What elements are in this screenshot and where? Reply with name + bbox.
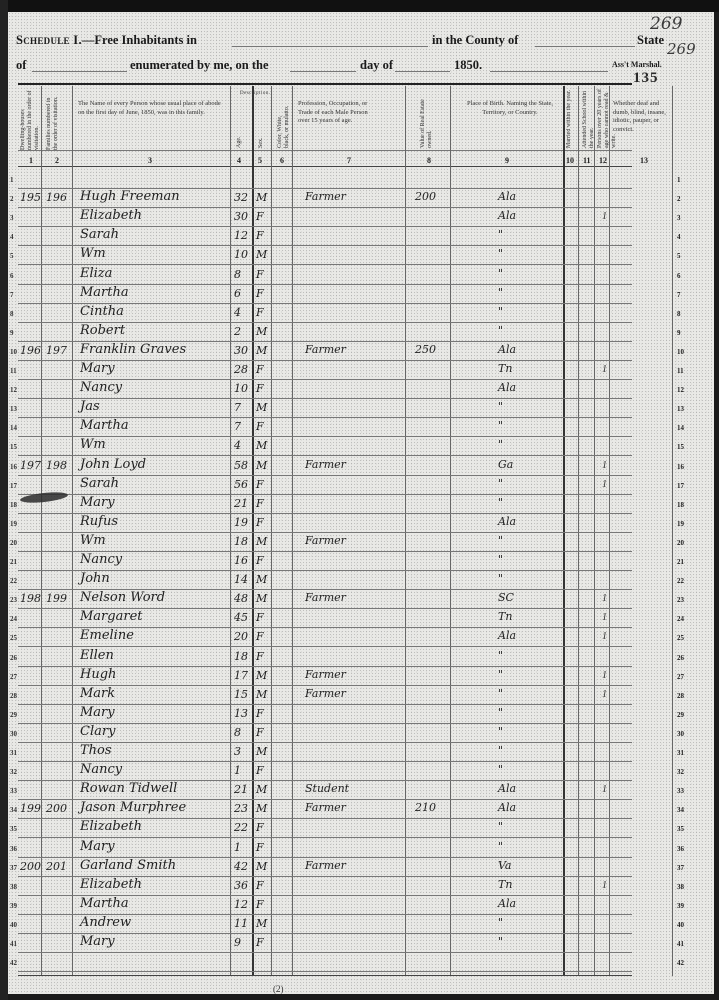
col-10-header: Married within the year. [566,88,573,148]
line-number-right: 23 [677,596,684,604]
age-value: 48 [234,592,248,605]
sex-value: F [256,268,264,281]
occupation-value: Farmer [305,534,346,547]
dwelling-number: 200 [20,860,41,873]
col-num-13: 13 [640,156,648,165]
grid-line [672,86,673,976]
sex-value: F [256,821,264,834]
year-label: 1850. [454,58,482,73]
bottom-rule [18,975,632,976]
day-of-label: day of [360,58,393,73]
person-name: Wm [80,533,106,548]
age-value: 2 [234,325,241,338]
birthplace-value: " [498,840,503,853]
cannot-read-write-tick: 1 [602,612,607,623]
sex-value: M [256,860,267,873]
row-rule [18,971,632,972]
dwelling-number: 198 [20,592,41,605]
row-rule [18,436,632,437]
person-name: Wm [80,246,106,261]
line-number-left: 16 [10,463,17,471]
person-name: Rowan Tidwell [80,781,177,796]
age-value: 21 [234,497,248,510]
marshal-label: Ass't Marshal. [612,60,662,69]
person-name: Nancy [80,380,122,395]
real-estate-value: 210 [415,801,436,814]
printed-page-number: 135 [633,70,659,87]
age-value: 11 [234,917,248,930]
age-value: 4 [234,439,241,452]
day-blank [290,71,356,72]
person-name: Mary [80,705,115,720]
line-number-left: 23 [10,596,17,604]
birthplace-value: " [498,744,503,757]
of-label: of [16,58,26,73]
line-number-right: 29 [677,711,684,719]
line-number-right: 20 [677,539,684,547]
sex-value: F [256,478,264,491]
birthplace-value: " [498,553,503,566]
person-name: Emeline [80,628,134,643]
person-name: Elizabeth [80,819,142,834]
age-value: 45 [234,611,248,624]
line-number-right: 9 [677,329,681,337]
birthplace-value: SC [498,591,514,604]
real-estate-value: 200 [415,190,436,203]
county-blank [535,46,635,47]
line-number-left: 34 [10,806,17,814]
birthplace-value: " [498,247,503,260]
line-number-right: 3 [677,214,681,222]
colnum-rule-bottom [18,166,632,167]
col-2-header: Families numbered in the order of visita… [46,90,60,150]
col-6-header: Color, White, black, or mulatto. [277,100,291,148]
birthplace-value: " [498,286,503,299]
col-num-9: 9 [505,156,509,165]
col-3-header: The Name of every Person whose usual pla… [78,100,228,117]
scan-left-border [0,0,8,1000]
sex-value: M [256,248,267,261]
cannot-read-write-tick: 1 [602,689,607,700]
row-rule [18,570,632,571]
sex-value: F [256,630,264,643]
person-name: Mary [80,495,115,510]
person-name: Nelson Word [80,590,165,605]
sex-value: M [256,401,267,414]
birthplace-value: Ala [498,801,516,814]
row-rule [18,245,632,246]
birthplace-value: " [498,687,503,700]
age-value: 32 [234,191,248,204]
line-number-right: 39 [677,902,684,910]
occupation-value: Farmer [305,668,346,681]
age-value: 19 [234,516,248,529]
line-number-left: 32 [10,768,17,776]
age-value: 22 [234,821,248,834]
line-number-left: 42 [10,959,17,967]
occupation-value: Farmer [305,801,346,814]
age-value: 58 [234,459,248,472]
line-number-right: 7 [677,291,681,299]
line-number-left: 3 [10,214,14,222]
age-value: 7 [234,420,241,433]
sex-value: F [256,306,264,319]
age-value: 36 [234,879,248,892]
line-number-left: 8 [10,310,14,318]
line-number-right: 12 [677,386,684,394]
line-number-right: 38 [677,883,684,891]
line-number-right: 37 [677,864,684,872]
line-number-right: 2 [677,195,681,203]
line-number-left: 26 [10,654,17,662]
family-number: 199 [46,592,67,605]
scan-top-border [0,0,719,12]
col-7-header: Profession, Occupation, or Trade of each… [298,100,378,126]
handwritten-page-number: 269 [650,14,682,34]
person-name: Nancy [80,552,122,567]
line-number-right: 31 [677,749,684,757]
sex-value: F [256,229,264,242]
line-number-left: 38 [10,883,17,891]
birthplace-value: Ala [498,190,516,203]
line-number-left: 13 [10,405,17,413]
line-number-right: 25 [677,634,684,642]
sex-value: M [256,191,267,204]
cannot-read-write-tick: 1 [602,784,607,795]
col-9-header: Place of Birth. Naming the State, Territ… [460,100,560,117]
col-num-11: 11 [583,156,591,165]
age-value: 14 [234,573,248,586]
age-value: 18 [234,650,248,663]
line-number-right: 41 [677,940,684,948]
line-number-right: 36 [677,845,684,853]
family-number: 200 [46,802,67,815]
line-number-right: 32 [677,768,684,776]
line-number-left: 24 [10,615,17,623]
age-value: 17 [234,669,248,682]
row-rule [18,532,632,533]
person-name: Ellen [80,648,114,663]
sex-value: F [256,420,264,433]
person-name: Mary [80,839,115,854]
state-label: State [637,33,664,48]
person-name: Jas [80,399,100,414]
colnum-rule-top [18,150,632,151]
person-name: Mark [80,686,115,701]
marshal-blank [490,71,608,72]
sex-value: M [256,459,267,472]
row-rule [18,952,632,953]
line-number-right: 21 [677,558,684,566]
line-number-right: 28 [677,692,684,700]
county-label: in the County of [432,33,518,48]
sex-value: M [256,802,267,815]
line-number-right: 19 [677,520,684,528]
sex-value: M [256,917,267,930]
line-number-left: 12 [10,386,17,394]
birthplace-value: " [498,668,503,681]
sex-value: M [256,592,267,605]
person-name: Sarah [80,227,119,242]
birthplace-value: " [498,496,503,509]
family-number: 196 [46,191,67,204]
age-value: 10 [234,382,248,395]
birthplace-value: " [498,477,503,490]
cannot-read-write-tick: 1 [602,631,607,642]
person-name: Robert [80,323,125,338]
line-number-left: 37 [10,864,17,872]
line-number-right: 8 [677,310,681,318]
age-value: 9 [234,936,241,949]
birthplace-value: " [498,228,503,241]
person-name: Eliza [80,266,112,281]
line-number-right: 14 [677,424,684,432]
sex-value: F [256,726,264,739]
age-value: 23 [234,802,248,815]
schedule-label: Schedule I. [16,33,82,47]
birthplace-value: Ala [498,515,516,528]
line-number-left: 6 [10,272,14,280]
age-value: 28 [234,363,248,376]
enumerated-label: enumerated by me, on the [130,58,269,73]
line-number-left: 17 [10,482,17,490]
cannot-read-write-tick: 1 [602,211,607,222]
month-blank [395,71,450,72]
age-value: 56 [234,478,248,491]
dwelling-number: 195 [20,191,41,204]
birthplace-value: " [498,935,503,948]
line-number-left: 10 [10,348,17,356]
line-number-left: 28 [10,692,17,700]
sex-value: F [256,898,264,911]
age-value: 7 [234,401,241,414]
line-number-left: 39 [10,902,17,910]
line-number-right: 34 [677,806,684,814]
person-name: Andrew [80,915,131,930]
age-value: 10 [234,248,248,261]
occupation-value: Farmer [305,591,346,604]
age-value: 12 [234,898,248,911]
line-number-right: 11 [677,367,684,375]
sex-value: F [256,611,264,624]
cannot-read-write-tick: 1 [602,593,607,604]
sex-value: F [256,936,264,949]
col-num-12: 12 [599,156,607,165]
age-value: 1 [234,841,241,854]
col-1-header: Dwelling-houses numbered in the order of… [20,90,41,150]
occupation-value: Farmer [305,458,346,471]
line-number-right: 18 [677,501,684,509]
sex-value: M [256,573,267,586]
age-value: 3 [234,745,241,758]
cannot-read-write-tick: 1 [602,670,607,681]
birthplace-value: " [498,305,503,318]
sex-value: M [256,669,267,682]
col-num-1: 1 [29,156,33,165]
person-name: Hugh Freeman [80,189,180,204]
person-name: Elizabeth [80,208,142,223]
line-number-left: 33 [10,787,17,795]
sex-value: F [256,382,264,395]
of-blank [32,71,127,72]
real-estate-value: 250 [415,343,436,356]
age-value: 15 [234,688,248,701]
person-name: Mary [80,934,115,949]
age-value: 16 [234,554,248,567]
person-name: Martha [80,896,129,911]
person-name: Mary [80,361,115,376]
sex-value: M [256,439,267,452]
occupation-value: Farmer [305,687,346,700]
dwelling-number: 196 [20,344,41,357]
line-number-left: 4 [10,233,14,241]
person-name: Franklin Graves [80,342,186,357]
birthplace-value: Va [498,859,512,872]
col-num-7: 7 [347,156,351,165]
sex-value: F [256,841,264,854]
person-name: Rufus [80,514,118,529]
birthplace-value: Ala [498,343,516,356]
person-name: Elizabeth [80,877,142,892]
sex-value: F [256,516,264,529]
line-number-right: 33 [677,787,684,795]
row-rule [18,398,632,399]
birthplace-value: " [498,267,503,280]
person-name: Sarah [80,476,119,491]
cannot-read-write-tick: 1 [602,364,607,375]
age-value: 20 [234,630,248,643]
line-number-right: 16 [677,463,684,471]
person-name: Martha [80,418,129,433]
occupation-value: Student [305,782,349,795]
place-blank [232,46,428,47]
age-value: 12 [234,229,248,242]
person-name: Wm [80,437,106,452]
line-number-left: 35 [10,825,17,833]
col-13-header: Whether deaf and dumb, blind, insane, id… [613,100,671,134]
cannot-read-write-tick: 1 [602,479,607,490]
sex-value: F [256,497,264,510]
line-number-right: 5 [677,252,681,260]
person-name: Jason Murphree [80,800,186,815]
occupation-value: Farmer [305,343,346,356]
age-value: 21 [234,783,248,796]
line-number-left: 9 [10,329,14,337]
col-4-header: Age. [236,120,243,148]
dwelling-number: 197 [20,459,41,472]
line-number-left: 41 [10,940,17,948]
line-number-left: 7 [10,291,14,299]
person-name: Thos [80,743,112,758]
sex-value: F [256,554,264,567]
line-number-right: 15 [677,443,684,451]
col-num-2: 2 [55,156,59,165]
birthplace-value: Ga [498,458,513,471]
family-number: 198 [46,459,67,472]
person-name: John [80,571,110,586]
birthplace-value: " [498,820,503,833]
person-name: Margaret [80,609,142,624]
birthplace-value: " [498,400,503,413]
sex-value: M [256,535,267,548]
age-value: 30 [234,344,248,357]
sex-value: F [256,210,264,223]
line-number-left: 11 [10,367,17,375]
handwritten-page-number-2: 269 [667,40,696,58]
line-number-right: 22 [677,577,684,585]
col-num-5: 5 [258,156,262,165]
sex-value: M [256,344,267,357]
age-value: 42 [234,860,248,873]
col-8-header: Value of Real Estate owned. [420,90,434,148]
line-number-right: 4 [677,233,681,241]
birthplace-value: " [498,572,503,585]
sex-value: F [256,650,264,663]
birthplace-value: " [498,324,503,337]
line-number-right: 24 [677,615,684,623]
line-number-left: 40 [10,921,17,929]
person-name: Clary [80,724,115,739]
line-number-left: 19 [10,520,17,528]
schedule-subtitle: —Free Inhabitants in [82,33,197,47]
line-number-left: 1 [10,176,14,184]
line-number-right: 42 [677,959,684,967]
age-value: 4 [234,306,241,319]
line-number-left: 21 [10,558,17,566]
birthplace-value: Tn [498,610,512,623]
occupation-value: Farmer [305,190,346,203]
sex-value: F [256,707,264,720]
birthplace-value: " [498,419,503,432]
birthplace-value: " [498,916,503,929]
description-header: Description. [240,90,271,99]
cannot-read-write-tick: 1 [602,460,607,471]
line-number-right: 1 [677,176,681,184]
line-number-right: 17 [677,482,684,490]
line-number-right: 26 [677,654,684,662]
line-number-left: 2 [10,195,14,203]
sex-value: F [256,879,264,892]
family-number: 201 [46,860,67,873]
age-value: 8 [234,268,241,281]
col-num-6: 6 [280,156,284,165]
age-value: 13 [234,707,248,720]
line-number-right: 27 [677,673,684,681]
sex-value: F [256,764,264,777]
footer-mark: (2) [273,984,284,994]
header-rule [18,83,632,85]
sex-value: M [256,783,267,796]
line-number-left: 25 [10,634,17,642]
birthplace-value: " [498,649,503,662]
line-number-left: 31 [10,749,17,757]
age-value: 6 [234,287,241,300]
birthplace-value: Ala [498,782,516,795]
sex-value: F [256,363,264,376]
person-name: John Loyd [80,457,146,472]
line-number-right: 13 [677,405,684,413]
age-value: 30 [234,210,248,223]
birthplace-value: " [498,706,503,719]
col-num-10: 10 [566,156,574,165]
col-num-4: 4 [237,156,241,165]
sex-value: M [256,745,267,758]
birthplace-value: Ala [498,209,516,222]
sex-value: M [256,688,267,701]
col-5-header: Sex. [258,126,265,148]
occupation-value: Farmer [305,859,346,872]
birthplace-value: " [498,763,503,776]
